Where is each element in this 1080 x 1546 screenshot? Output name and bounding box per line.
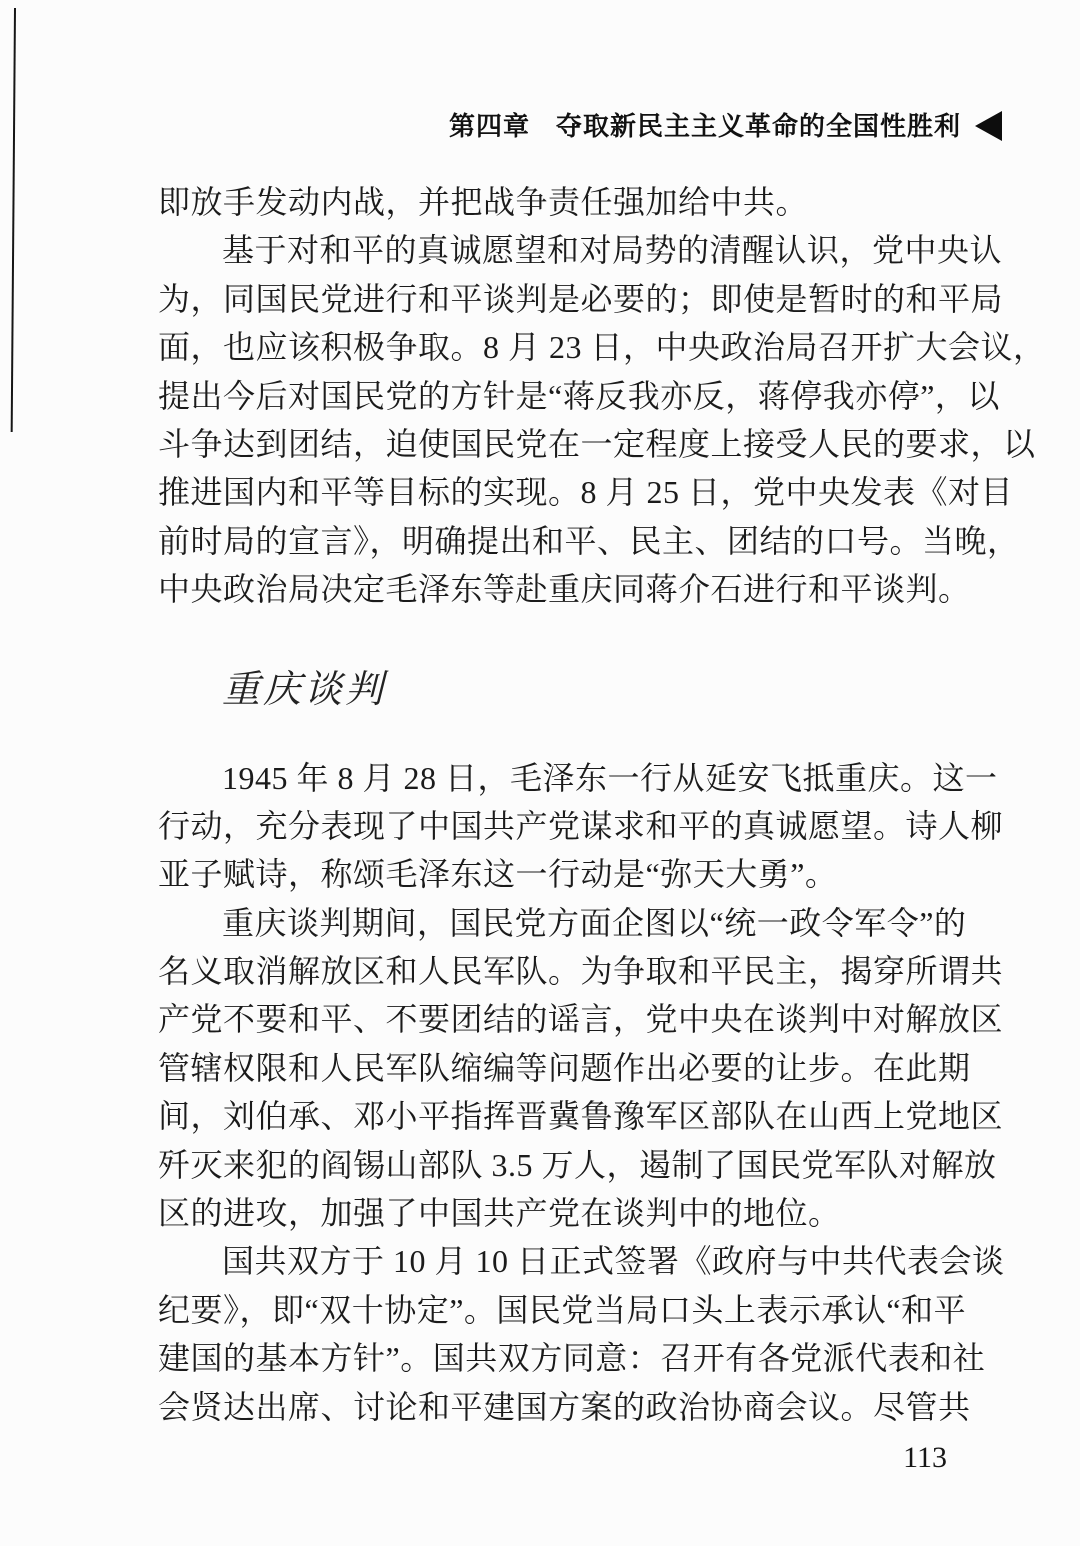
paragraph: 基于对和平的真诚愿望和对局势的清醒认识，党中央认 为，同国民党进行和平谈判是必要… bbox=[158, 226, 964, 613]
paragraph: 国共双方于 10 月 10 日正式签署《政府与中共代表会谈 纪要》，即“双十协定… bbox=[158, 1237, 964, 1431]
text-line: 纪要》，即“双十协定”。国民党当局口头上表示承认“和平 bbox=[158, 1286, 964, 1334]
text-line: 行动，充分表现了中国共产党谋求和平的真诚愿望。诗人柳 bbox=[158, 802, 964, 850]
text-line: 区的进攻，加强了中国共产党在谈判中的地位。 bbox=[158, 1189, 964, 1237]
text-line: 基于对和平的真诚愿望和对局势的清醒认识，党中央认 bbox=[158, 226, 964, 274]
text-line: 管辖权限和人民军队缩编等问题作出必要的让步。在此期 bbox=[158, 1044, 964, 1092]
chapter-label: 第四章 bbox=[449, 110, 530, 142]
left-triangle-icon bbox=[975, 111, 1002, 141]
text-line: 推进国内和平等目标的实现。8 月 25 日，党中央发表《对目 bbox=[158, 468, 964, 516]
running-head: 第四章 夺取新民主主义革命的全国性胜利 bbox=[449, 110, 1002, 142]
text-line: 即放手发动内战，并把战争责任强加给中共。 bbox=[158, 178, 964, 226]
paragraph: 重庆谈判期间，国民党方面企图以“统一政令军令”的 名义取消解放区和人民军队。为争… bbox=[158, 899, 964, 1238]
text-line: 建国的基本方针”。国共双方同意：召开有各党派代表和社 bbox=[158, 1334, 964, 1382]
text-line: 国共双方于 10 月 10 日正式签署《政府与中共代表会谈 bbox=[158, 1237, 964, 1285]
text-line: 重庆谈判期间，国民党方面企图以“统一政令军令”的 bbox=[158, 899, 964, 947]
body-text: 即放手发动内战，并把战争责任强加给中共。 基于对和平的真诚愿望和对局势的清醒认识… bbox=[158, 178, 964, 1431]
text-line: 前时局的宣言》，明确提出和平、民主、团结的口号。当晚， bbox=[158, 517, 964, 565]
text-line: 1945 年 8 月 28 日，毛泽东一行从延安飞抵重庆。这一 bbox=[158, 754, 964, 802]
text-line: 会贤达出席、讨论和平建国方案的政治协商会议。尽管共 bbox=[158, 1383, 964, 1431]
text-line: 名义取消解放区和人民军队。为争取和平民主，揭穿所谓共 bbox=[158, 947, 964, 995]
text-line: 产党不要和平、不要团结的谣言，党中央在谈判中对解放区 bbox=[158, 995, 964, 1043]
chapter-title: 夺取新民主主义革命的全国性胜利 bbox=[556, 110, 961, 142]
text-line: 间，刘伯承、邓小平指挥晋冀鲁豫军区部队在山西上党地区 bbox=[158, 1092, 964, 1140]
text-line: 歼灭来犯的阎锡山部队 3.5 万人，遏制了国民党军队对解放 bbox=[158, 1141, 964, 1189]
text-line: 面，也应该积极争取。8 月 23 日，中央政治局召开扩大会议， bbox=[158, 323, 964, 371]
text-line: 斗争达到团结，迫使国民党在一定程度上接受人民的要求，以 bbox=[158, 420, 964, 468]
text-line: 亚子赋诗，称颂毛泽东这一行动是“弥天大勇”。 bbox=[158, 850, 964, 898]
book-page: 第四章 夺取新民主主义革命的全国性胜利 即放手发动内战，并把战争责任强加给中共。… bbox=[0, 0, 1080, 1546]
text-line: 提出今后对国民党的方针是“蒋反我亦反，蒋停我亦停”，以 bbox=[158, 372, 964, 420]
text-line: 中央政治局决定毛泽东等赴重庆同蒋介石进行和平谈判。 bbox=[158, 565, 964, 613]
scan-artifact-line bbox=[11, 8, 16, 432]
paragraph: 即放手发动内战，并把战争责任强加给中共。 bbox=[158, 178, 964, 226]
paragraph: 1945 年 8 月 28 日，毛泽东一行从延安飞抵重庆。这一 行动，充分表现了… bbox=[158, 754, 964, 899]
section-heading: 重庆谈判 bbox=[222, 660, 964, 720]
text-line: 为，同国民党进行和平谈判是必要的；即使是暂时的和平局 bbox=[158, 275, 964, 323]
page-number: 113 bbox=[903, 1440, 947, 1476]
